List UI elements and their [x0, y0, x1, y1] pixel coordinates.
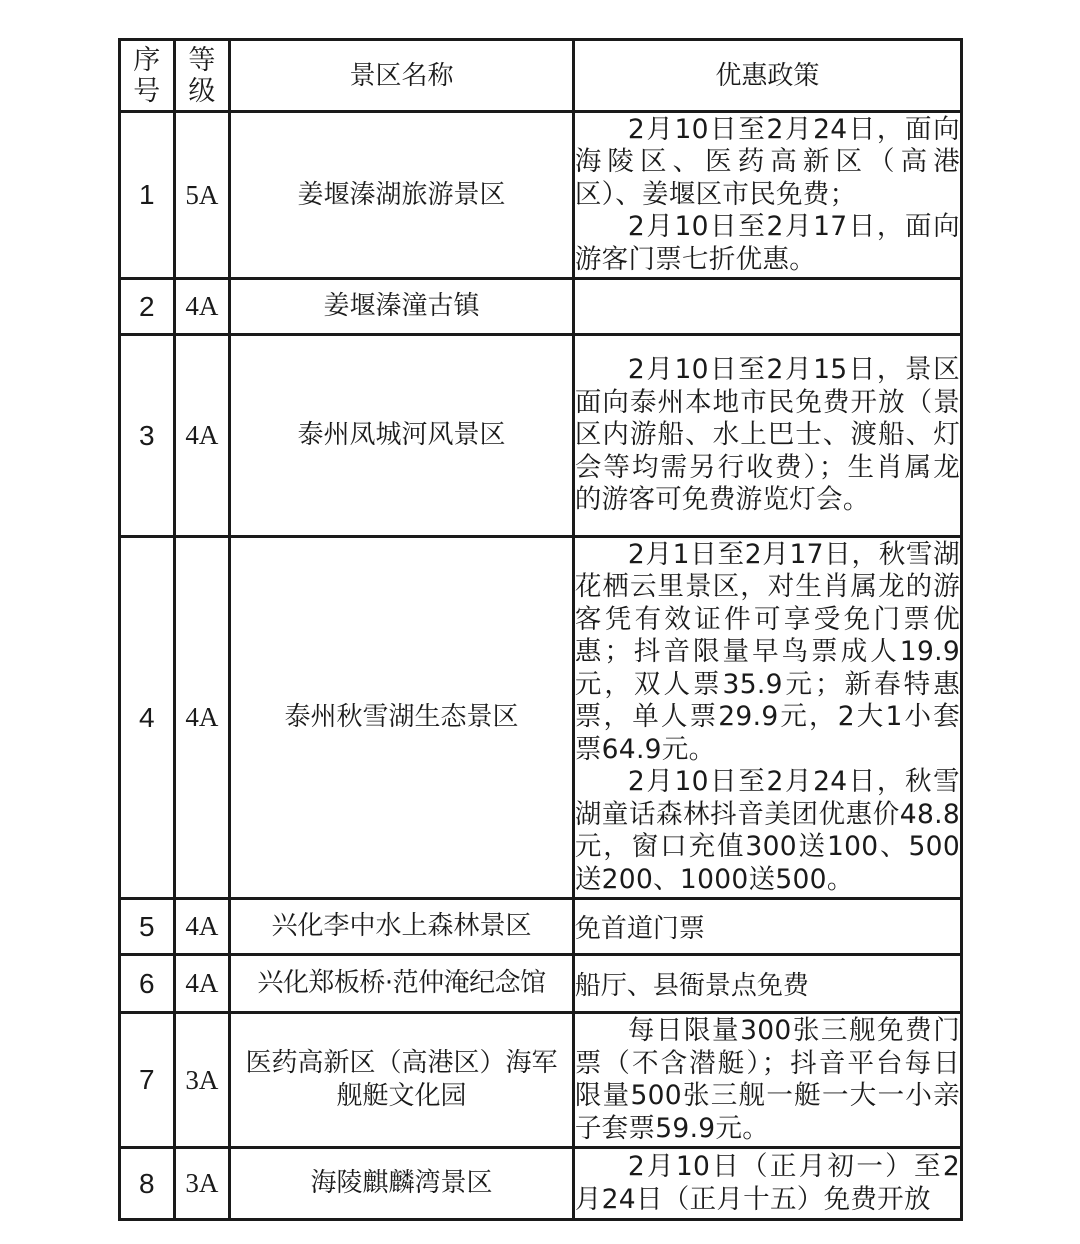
row-grade: 3A — [174, 1013, 230, 1148]
row-scenic-name: 泰州凤城河风景区 — [230, 335, 574, 537]
row-no: 1 — [120, 112, 175, 279]
row-scenic-name: 兴化李中水上森林景区 — [230, 899, 574, 955]
policy-paragraph: 2月10日至2月17日，面向游客门票七折优惠。 — [575, 211, 960, 276]
row-grade: 3A — [174, 1148, 230, 1220]
row-no: 7 — [120, 1013, 175, 1148]
table-row: 7 3A 医药高新区（高港区）海军舰艇文化园 每日限量300张三舰免费门票（不含… — [120, 1013, 962, 1148]
row-policy: 2月10日（正月初一）至2月24日（正月十五）免费开放 — [573, 1148, 961, 1220]
row-grade: 4A — [174, 537, 230, 899]
row-policy: 免首道门票 — [573, 899, 961, 955]
row-no: 8 — [120, 1148, 175, 1220]
policy-paragraph: 2月10日（正月初一）至2月24日（正月十五）免费开放 — [575, 1151, 960, 1216]
row-grade: 4A — [174, 335, 230, 537]
header-no: 序号 — [120, 40, 175, 112]
row-no: 5 — [120, 899, 175, 955]
header-name: 景区名称 — [230, 40, 574, 112]
table-row: 5 4A 兴化李中水上森林景区 免首道门票 — [120, 899, 962, 955]
row-scenic-name: 医药高新区（高港区）海军舰艇文化园 — [230, 1013, 574, 1148]
table-row: 4 4A 泰州秋雪湖生态景区 2月1日至2月17日，秋雪湖花栖云里景区，对生肖属… — [120, 537, 962, 899]
policy-paragraph: 2月10日至2月24日，秋雪湖童话森林抖音美团优惠价48.8元，窗口充值300送… — [575, 766, 960, 896]
scenic-discount-table: 序号 等级 景区名称 优惠政策 1 5A 姜堰溱湖旅游景区 2月10日至2月24… — [118, 38, 963, 1221]
row-policy: 每日限量300张三舰免费门票（不含潜艇）；抖音平台每日限量500张三舰一艇一大一… — [573, 1013, 961, 1148]
table-row: 3 4A 泰州凤城河风景区 2月10日至2月15日，景区面向泰州本地市民免费开放… — [120, 335, 962, 537]
row-grade: 4A — [174, 899, 230, 955]
row-scenic-name: 姜堰溱湖旅游景区 — [230, 112, 574, 279]
row-scenic-name: 兴化郑板桥·范仲淹纪念馆 — [230, 955, 574, 1013]
row-no: 4 — [120, 537, 175, 899]
table-row: 8 3A 海陵麒麟湾景区 2月10日（正月初一）至2月24日（正月十五）免费开放 — [120, 1148, 962, 1220]
policy-paragraph: 2月1日至2月17日，秋雪湖花栖云里景区，对生肖属龙的游客凭有效证件可享受免门票… — [575, 539, 960, 767]
row-no: 2 — [120, 279, 175, 335]
policy-paragraph: 每日限量300张三舰免费门票（不含潜艇）；抖音平台每日限量500张三舰一艇一大一… — [575, 1015, 960, 1145]
table-row: 1 5A 姜堰溱湖旅游景区 2月10日至2月24日，面向海陵区、医药高新区（高港… — [120, 112, 962, 279]
header-grade: 等级 — [174, 40, 230, 112]
row-policy: 2月10日至2月24日，面向海陵区、医药高新区（高港区）、姜堰区市民免费； 2月… — [573, 112, 961, 279]
row-scenic-name: 姜堰溱潼古镇 — [230, 279, 574, 335]
table-row: 6 4A 兴化郑板桥·范仲淹纪念馆 船厅、县衙景点免费 — [120, 955, 962, 1013]
row-scenic-name: 海陵麒麟湾景区 — [230, 1148, 574, 1220]
row-no: 3 — [120, 335, 175, 537]
table-row: 2 4A 姜堰溱潼古镇 — [120, 279, 962, 335]
row-no: 6 — [120, 955, 175, 1013]
table-header-row: 序号 等级 景区名称 优惠政策 — [120, 40, 962, 112]
row-grade: 5A — [174, 112, 230, 279]
row-policy: 2月1日至2月17日，秋雪湖花栖云里景区，对生肖属龙的游客凭有效证件可享受免门票… — [573, 537, 961, 899]
row-policy: 船厅、县衙景点免费 — [573, 955, 961, 1013]
row-grade: 4A — [174, 279, 230, 335]
row-policy-empty — [573, 279, 961, 335]
row-policy: 2月10日至2月15日，景区面向泰州本地市民免费开放（景区内游船、水上巴士、渡船… — [573, 335, 961, 537]
policy-paragraph: 2月10日至2月24日，面向海陵区、医药高新区（高港区）、姜堰区市民免费； — [575, 114, 960, 212]
row-scenic-name: 泰州秋雪湖生态景区 — [230, 537, 574, 899]
header-policy: 优惠政策 — [573, 40, 961, 112]
policy-paragraph: 2月10日至2月15日，景区面向泰州本地市民免费开放（景区内游船、水上巴士、渡船… — [575, 354, 960, 517]
row-grade: 4A — [174, 955, 230, 1013]
